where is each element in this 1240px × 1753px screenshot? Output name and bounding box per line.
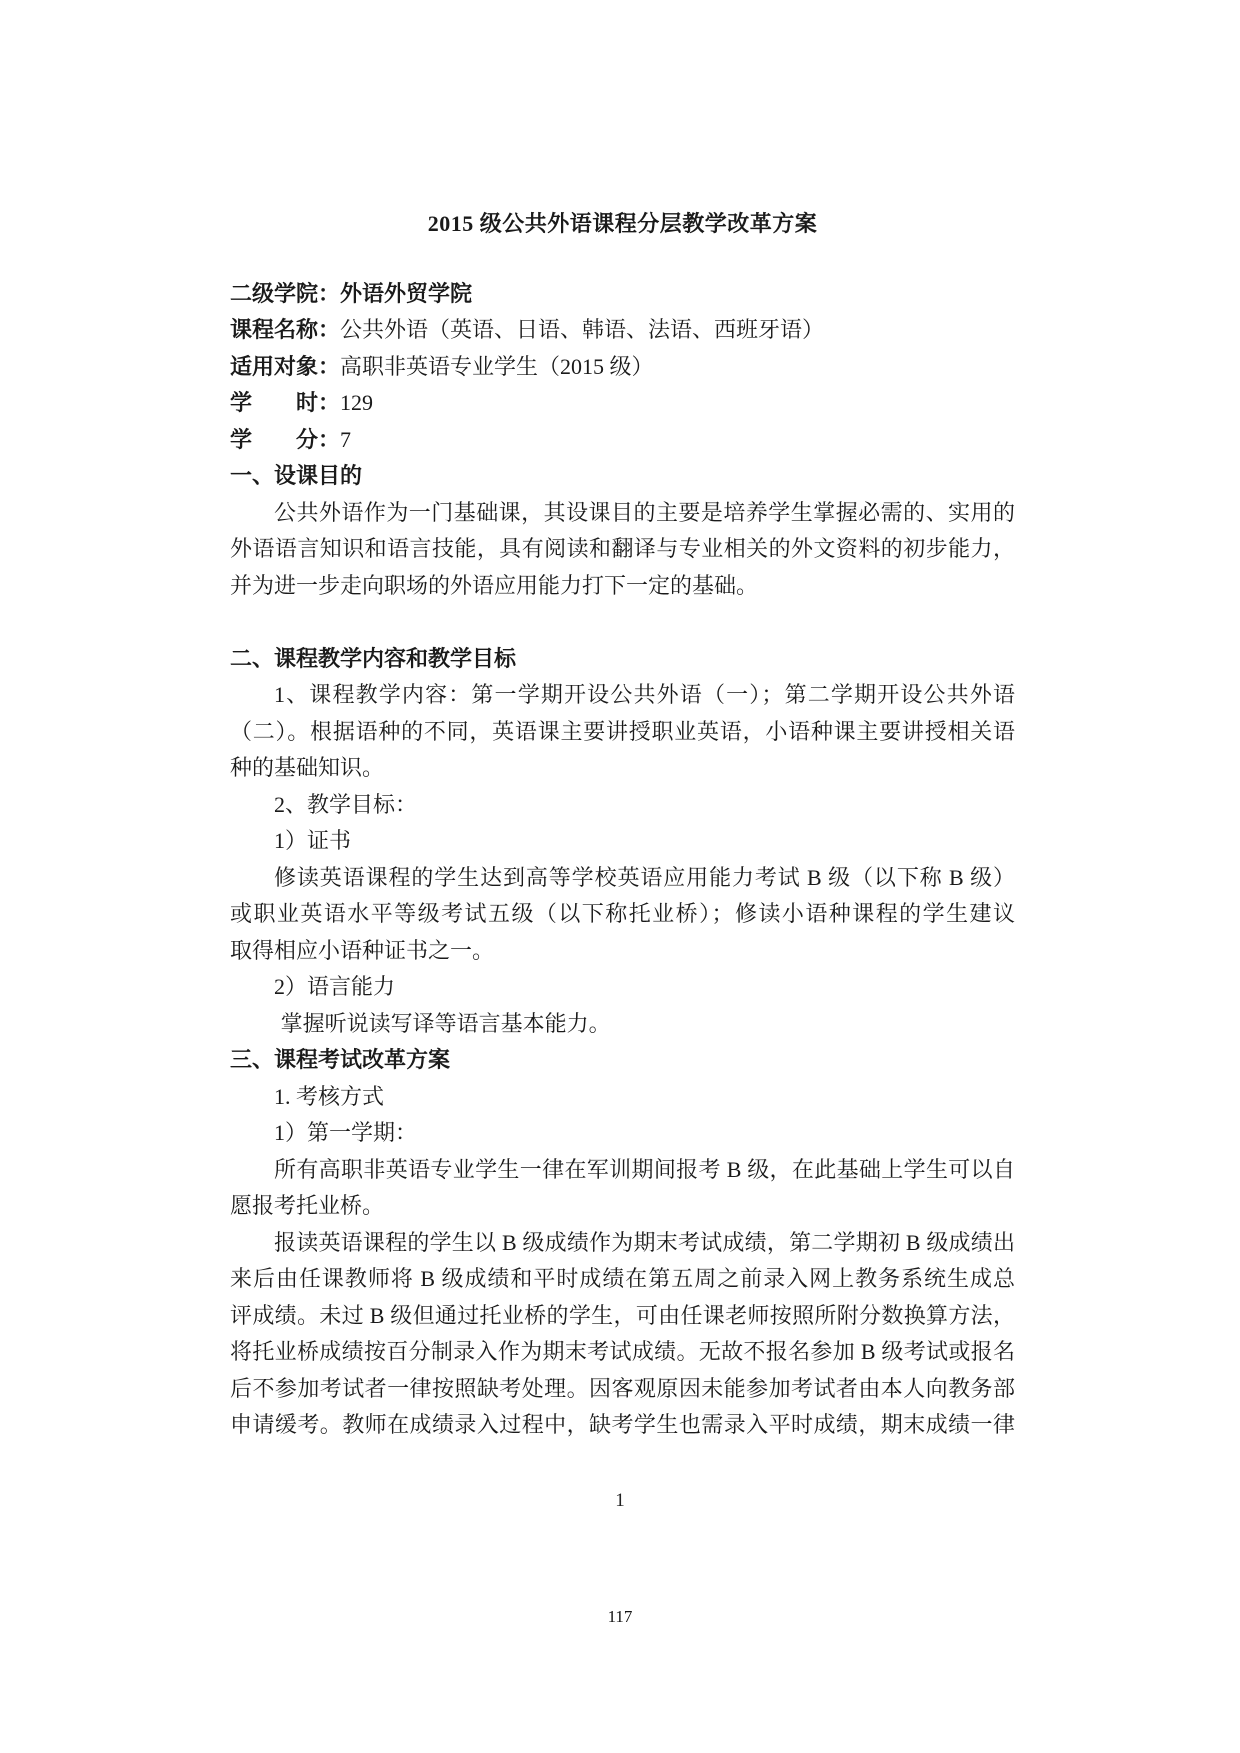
meta-label: 学 时： (230, 390, 340, 415)
meta-line-college: 二级学院：外语外贸学院 (230, 276, 1015, 313)
text-line: 种的基础知识。 (230, 750, 1015, 787)
text-line: 申请缓考。教师在成绩录入过程中，缺考学生也需录入平时成绩，期末成绩一律 (230, 1407, 1015, 1444)
meta-value: 外语外贸学院 (340, 281, 472, 306)
document-title: 2015 级公共外语课程分层教学改革方案 (230, 206, 1015, 243)
text-line: 修读英语课程的学生达到高等学校英语应用能力考试 B 级（以下称 B 级） (230, 860, 1015, 897)
meta-value: 公共外语（英语、日语、韩语、法语、西班牙语） (340, 317, 824, 342)
meta-line-hours: 学 时：129 (230, 385, 1015, 422)
document-content: 2015 级公共外语课程分层教学改革方案 二级学院：外语外贸学院 课程名称：公共… (230, 206, 1015, 1444)
text-line: 2）语言能力 (230, 969, 1015, 1006)
section-heading-2: 二、课程教学内容和教学目标 (230, 641, 1015, 678)
text-line: 公共外语作为一门基础课，其设课目的主要是培养学生掌握必需的、实用的 (230, 495, 1015, 532)
text-line: 1. 考核方式 (230, 1079, 1015, 1116)
text-line: 2、教学目标： (230, 787, 1015, 824)
page-number: 1 (0, 1490, 1240, 1512)
meta-value: 129 (340, 390, 373, 415)
text-line: 将托业桥成绩按百分制录入作为期末考试成绩。无故不报名参加 B 级考试或报名 (230, 1334, 1015, 1371)
text-line: 并为进一步走向职场的外语应用能力打下一定的基础。 (230, 568, 1015, 605)
text-line: 取得相应小语种证书之一。 (230, 933, 1015, 970)
meta-value: 7 (340, 427, 351, 452)
text-line: 1、课程教学内容：第一学期开设公共外语（一）；第二学期开设公共外语 (230, 677, 1015, 714)
text-line: 掌握听说读写译等语言基本能力。 (230, 1006, 1015, 1043)
text-line: 后不参加考试者一律按照缺考处理。因客观原因未能参加考试者由本人向教务部 (230, 1371, 1015, 1408)
meta-value: 高职非英语专业学生（2015 级） (340, 354, 654, 379)
text-line: 评成绩。未过 B 级但通过托业桥的学生，可由任课老师按照所附分数换算方法， (230, 1298, 1015, 1335)
meta-line-credits: 学 分：7 (230, 422, 1015, 459)
text-line: 或职业英语水平等级考试五级（以下称托业桥）；修读小语种课程的学生建议 (230, 896, 1015, 933)
text-line: 来后由任课教师将 B 级成绩和平时成绩在第五周之前录入网上教务系统生成总 (230, 1261, 1015, 1298)
section-heading-3: 三、课程考试改革方案 (230, 1042, 1015, 1079)
document-page: 2015 级公共外语课程分层教学改革方案 二级学院：外语外贸学院 课程名称：公共… (0, 0, 1240, 1753)
meta-label: 适用对象： (230, 354, 340, 379)
text-line: （二）。根据语种的不同，英语课主要讲授职业英语，小语种课主要讲授相关语 (230, 714, 1015, 751)
meta-label: 课程名称： (230, 317, 340, 342)
meta-line-course-name: 课程名称：公共外语（英语、日语、韩语、法语、西班牙语） (230, 312, 1015, 349)
text-line: 1）第一学期： (230, 1115, 1015, 1152)
meta-label: 学 分： (230, 427, 340, 452)
sheet-page-number: 117 (0, 1607, 1240, 1627)
section-heading-1: 一、设课目的 (230, 458, 1015, 495)
text-line: 所有高职非英语专业学生一律在军训期间报考 B 级，在此基础上学生可以自 (230, 1152, 1015, 1189)
text-line: 外语语言知识和语言技能，具有阅读和翻译与专业相关的外文资料的初步能力， (230, 531, 1015, 568)
text-line: 报读英语课程的学生以 B 级成绩作为期末考试成绩，第二学期初 B 级成绩出 (230, 1225, 1015, 1262)
meta-line-audience: 适用对象：高职非英语专业学生（2015 级） (230, 349, 1015, 386)
meta-label: 二级学院： (230, 281, 340, 306)
text-line: 1）证书 (230, 823, 1015, 860)
text-line: 愿报考托业桥。 (230, 1188, 1015, 1225)
